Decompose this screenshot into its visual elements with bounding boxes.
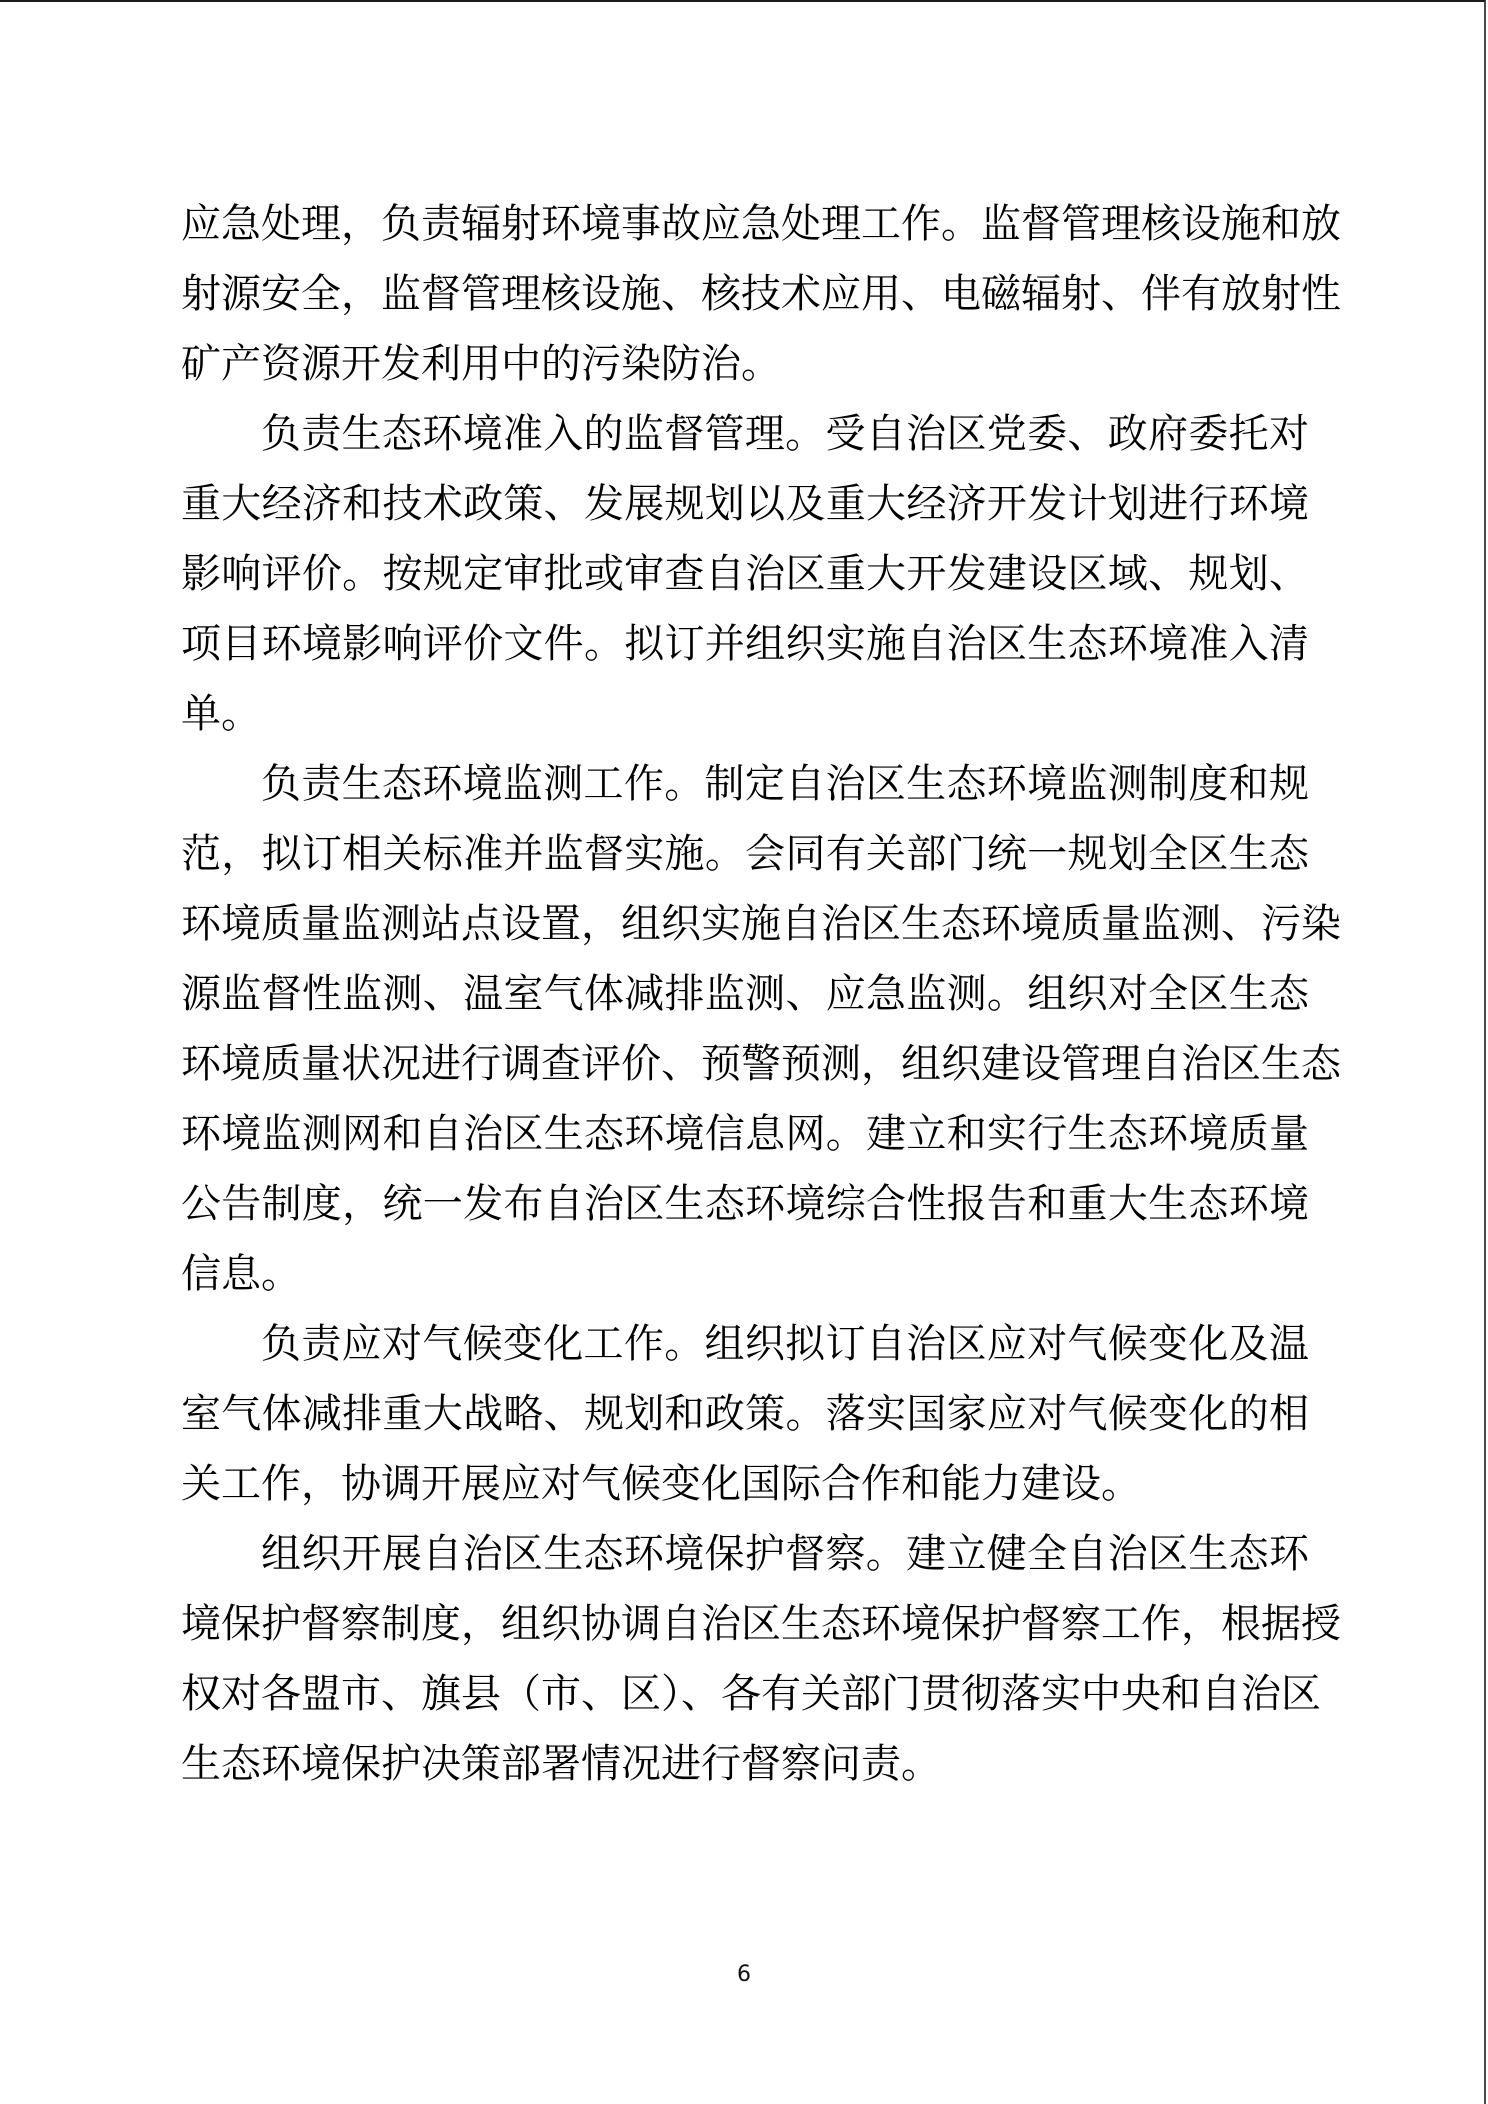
text-line: 环境质量状况进行调查评价、预警预测，组织建设管理自治区生态 xyxy=(181,1038,1309,1108)
text-line: 生态环境保护决策部署情况进行督察问责。 xyxy=(181,1738,1309,1808)
text-line: 环境监测网和自治区生态环境信息网。建立和实行生态环境质量 xyxy=(181,1108,1309,1178)
paragraph-radiation-safety: 应急处理，负责辐射环境事故应急处理工作。监督管理核设施和放 射源安全，监督管理核… xyxy=(181,198,1309,408)
text-line: 范，拟订相关标准并监督实施。会同有关部门统一规划全区生态 xyxy=(181,828,1309,898)
text-line: 源监督性监测、温室气体减排监测、应急监测。组织对全区生态 xyxy=(181,968,1309,1038)
text-line: 项目环境影响评价文件。拟订并组织实施自治区生态环境准入清 xyxy=(181,618,1309,688)
text-line: 境保护督察制度，组织协调自治区生态环境保护督察工作，根据授 xyxy=(181,1598,1309,1668)
text-line: 室气体减排重大战略、规划和政策。落实国家应对气候变化的相 xyxy=(181,1388,1309,1458)
text-line: 信息。 xyxy=(181,1248,1309,1318)
text-line: 重大经济和技术政策、发展规划以及重大经济开发计划进行环境 xyxy=(181,478,1309,548)
document-page: 应急处理，负责辐射环境事故应急处理工作。监督管理核设施和放 射源安全，监督管理核… xyxy=(0,0,1486,2104)
paragraph-climate-change: 负责应对气候变化工作。组织拟订自治区应对气候变化及温 室气体减排重大战略、规划和… xyxy=(181,1318,1309,1528)
body-text: 应急处理，负责辐射环境事故应急处理工作。监督管理核设施和放 射源安全，监督管理核… xyxy=(181,198,1309,1808)
text-line: 关工作，协调开展应对气候变化国际合作和能力建设。 xyxy=(181,1458,1309,1528)
text-line: 环境质量监测站点设置，组织实施自治区生态环境质量监测、污染 xyxy=(181,898,1309,968)
text-line: 矿产资源开发利用中的污染防治。 xyxy=(181,338,1309,408)
text-line: 组织开展自治区生态环境保护督察。建立健全自治区生态环 xyxy=(181,1528,1309,1598)
text-line: 权对各盟市、旗县（市、区）、各有关部门贯彻落实中央和自治区 xyxy=(181,1668,1309,1738)
text-line: 单。 xyxy=(181,688,1309,758)
paragraph-environmental-inspection: 组织开展自治区生态环境保护督察。建立健全自治区生态环 境保护督察制度，组织协调自… xyxy=(181,1528,1309,1808)
paragraph-environmental-access: 负责生态环境准入的监督管理。受自治区党委、政府委托对 重大经济和技术政策、发展规… xyxy=(181,408,1309,758)
text-line: 负责应对气候变化工作。组织拟订自治区应对气候变化及温 xyxy=(181,1318,1309,1388)
text-line: 负责生态环境准入的监督管理。受自治区党委、政府委托对 xyxy=(181,408,1309,478)
text-line: 射源安全，监督管理核设施、核技术应用、电磁辐射、伴有放射性 xyxy=(181,268,1309,338)
text-line: 应急处理，负责辐射环境事故应急处理工作。监督管理核设施和放 xyxy=(181,198,1309,268)
text-line: 公告制度，统一发布自治区生态环境综合性报告和重大生态环境 xyxy=(181,1178,1309,1248)
page-number: 6 xyxy=(0,1960,1488,1990)
text-line: 影响评价。按规定审批或审查自治区重大开发建设区域、规划、 xyxy=(181,548,1309,618)
paragraph-environmental-monitoring: 负责生态环境监测工作。制定自治区生态环境监测制度和规 范，拟订相关标准并监督实施… xyxy=(181,758,1309,1318)
text-line: 负责生态环境监测工作。制定自治区生态环境监测制度和规 xyxy=(181,758,1309,828)
